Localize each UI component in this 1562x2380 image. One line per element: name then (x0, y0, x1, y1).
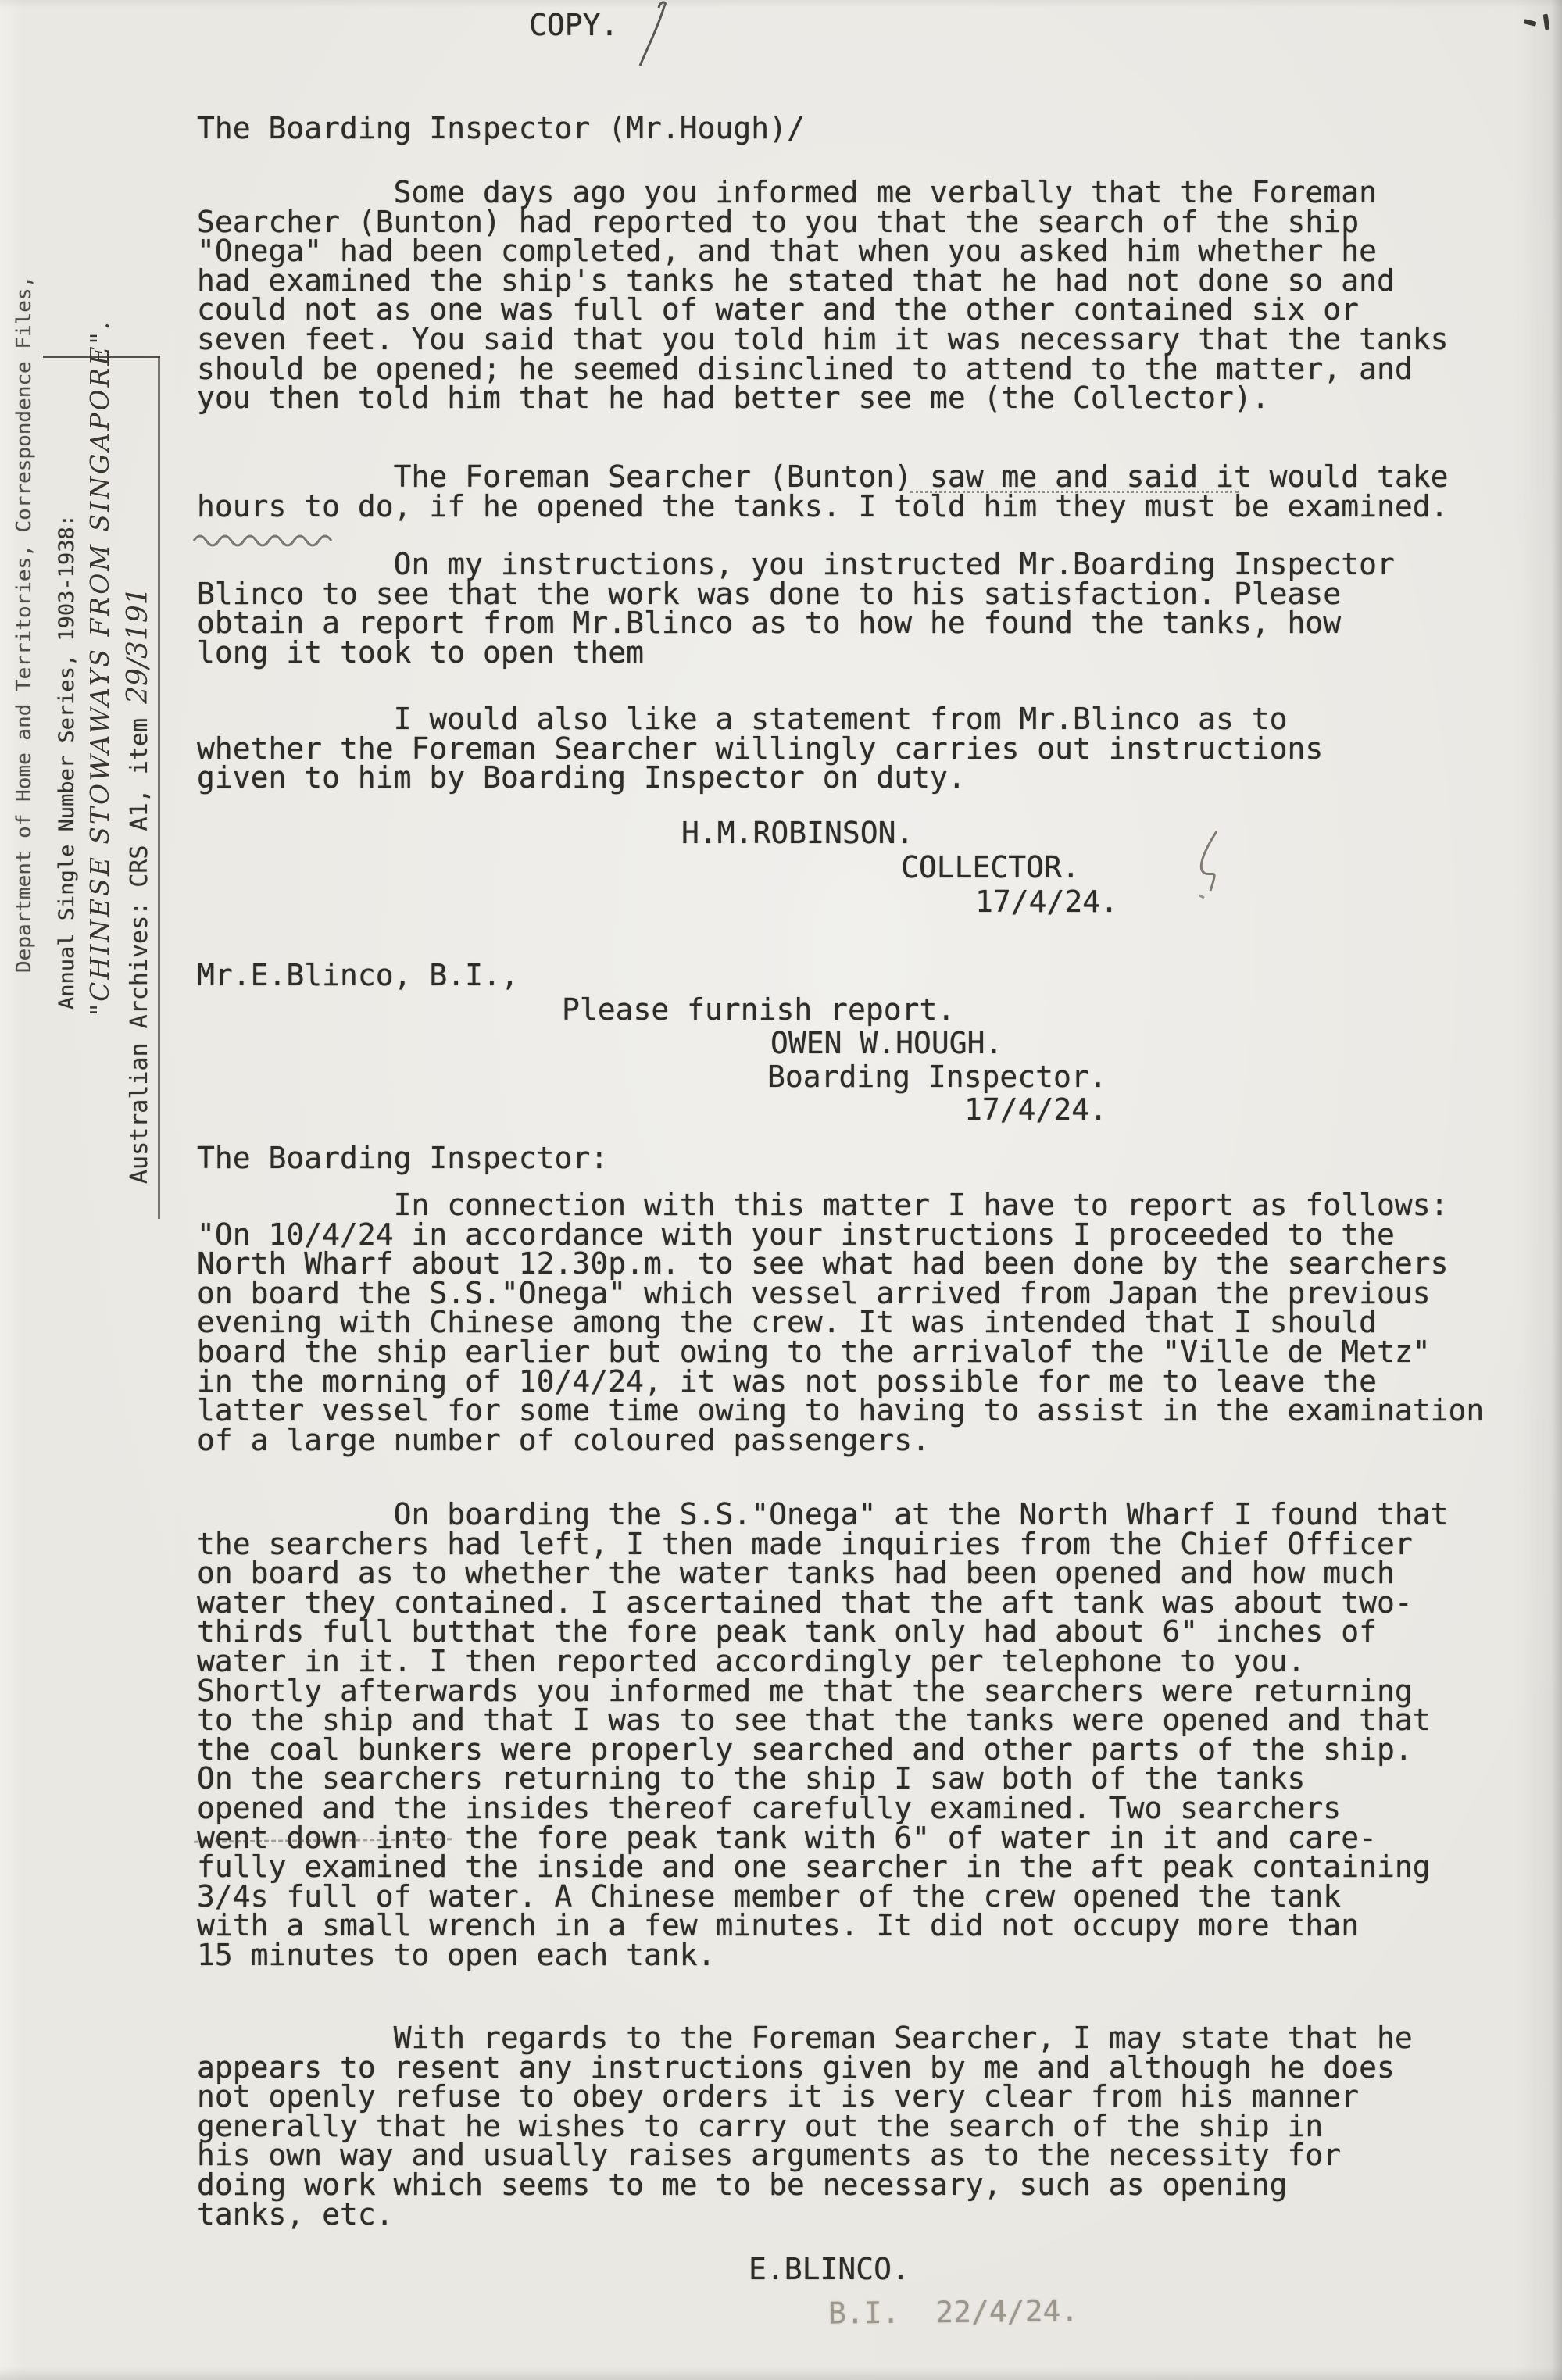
pencil-scribble (192, 528, 349, 549)
pencil-strike (194, 1816, 452, 1842)
text-line: doing work which seems to me to be neces… (197, 2171, 1413, 2200)
text-line: water they contained. I ascertained that… (197, 1588, 1448, 1618)
text-line: the coal bunkers were properly searched … (197, 1735, 1448, 1765)
forward-signature-date: 17/4/24. (964, 1095, 1107, 1125)
text-line: water in it. I then reported accordingly… (197, 1647, 1448, 1677)
text-line: On my instructions, you instructed Mr.Bo… (197, 550, 1395, 580)
text-line: I would also like a statement from Mr.Bl… (197, 705, 1323, 734)
text-line: generally that he wishes to carry out th… (197, 2112, 1413, 2142)
text-line: to the ship and that I was to see that t… (197, 1706, 1448, 1735)
text-line: evening with Chinese among the crew. It … (197, 1308, 1484, 1338)
text-line: the searchers had left, I then made inqu… (197, 1530, 1448, 1560)
text-line: long it took to open them (197, 638, 1395, 668)
sidebar-series-line-1: Department of Home and Territories, Corr… (13, 276, 36, 973)
report-paragraph-2: On boarding the S.S."Onega" at the North… (197, 1500, 1448, 1971)
text-line: On boarding the S.S."Onega" at the North… (197, 1500, 1448, 1530)
scan-speck (1524, 19, 1537, 27)
text-line: on board as to whether the water tanks h… (197, 1559, 1448, 1588)
forward-signature-title: Boarding Inspector. (767, 1063, 1107, 1092)
text-line: should be opened; he seemed disinclined … (197, 355, 1448, 384)
copy-label: COPY. (529, 11, 618, 41)
report-heading: The Boarding Inspector: (197, 1144, 608, 1174)
pencil-underline (910, 469, 1239, 493)
text-line: appears to resent any instructions given… (197, 2053, 1413, 2083)
margin-bracket-vertical (158, 356, 160, 1219)
text-line: tanks, etc. (197, 2200, 1413, 2230)
sidebar-series-line-2: Annual Single Number Series, 1903-1938: (55, 514, 79, 1010)
letter-paragraph-2: The Foreman Searcher (Bunton) saw me and… (197, 463, 1448, 521)
handwritten-check-mark (1184, 827, 1239, 901)
text-line: not openly refuse to obey orders it is v… (197, 2082, 1413, 2112)
text-line: given to him by Boarding Inspector on du… (197, 763, 1323, 793)
text-line: you then told him that he had better see… (197, 384, 1448, 413)
text-line: obtain a report from Mr.Blinco as to how… (197, 609, 1395, 638)
text-line: with a small wrench in a few minutes. It… (197, 1911, 1448, 1941)
letter-paragraph-3: On my instructions, you instructed Mr.Bo… (197, 550, 1395, 667)
forward-signature-name: OWEN W.HOUGH. (770, 1029, 1003, 1059)
handwritten-flourish (621, 0, 676, 74)
text-line: whether the Foreman Searcher willingly c… (197, 734, 1323, 764)
scan-speck (1543, 14, 1550, 30)
text-line: 15 minutes to open each tank. (197, 1941, 1448, 1971)
text-line: his own way and usually raises arguments… (197, 2141, 1413, 2171)
text-line: on board the S.S."Onega" which vessel ar… (197, 1279, 1484, 1309)
text-line: could not as one was full of water and t… (197, 295, 1448, 325)
text-line: "On 10/4/24 in accordance with your inst… (197, 1220, 1484, 1250)
text-line: North Wharf about 12.30p.m. to see what … (197, 1249, 1484, 1279)
forward-instruction: Please furnish report. (562, 995, 955, 1025)
report-signature: E.BLINCO. (749, 2255, 910, 2285)
addressee-line: The Boarding Inspector (Mr.Hough)/ (197, 114, 805, 144)
collector-signature-title: COLLECTOR. (901, 853, 1080, 883)
text-line: of a large number of coloured passengers… (197, 1426, 1484, 1456)
document-page: COPY. The Boarding Inspector (Mr.Hough)/… (0, 0, 1562, 2380)
text-line: In connection with this matter I have to… (197, 1191, 1484, 1220)
text-line: 3/4s full of water. A Chinese member of … (197, 1882, 1448, 1912)
letter-paragraph-1: Some days ago you informed me verbally t… (197, 178, 1448, 413)
collector-signature-name: H.M.ROBINSON. (681, 819, 913, 849)
text-line: thirds full butthat the fore peak tank o… (197, 1617, 1448, 1647)
sidebar-archive-reference-typed: Australian Archives: CRS A1, item (126, 704, 153, 1184)
text-line: On the searchers returning to the ship I… (197, 1764, 1448, 1794)
sidebar-archive-reference: Australian Archives: CRS A1, item 29/319… (122, 587, 154, 1184)
text-line: in the morning of 10/4/24, it was not po… (197, 1367, 1484, 1397)
text-line: had examined the ship's tanks he stated … (197, 266, 1448, 296)
text-line: latter vessel for some time owing to hav… (197, 1396, 1484, 1426)
date-stamp: B.I. 22/4/24. (828, 2296, 1079, 2328)
text-line: Searcher (Bunton) had reported to you th… (197, 208, 1448, 238)
text-line: seven feet. You said that you told him i… (197, 325, 1448, 355)
text-line: "Onega" had been completed, and that whe… (197, 237, 1448, 266)
text-line: Shortly afterwards you informed me that … (197, 1677, 1448, 1706)
text-line: The Foreman Searcher (Bunton) saw me and… (197, 463, 1448, 492)
forward-addressee: Mr.E.Blinco, B.I., (197, 961, 519, 991)
report-paragraph-1: In connection with this matter I have to… (197, 1191, 1484, 1455)
text-line: fully examined the inside and one search… (197, 1853, 1448, 1882)
report-paragraph-3: With regards to the Foreman Searcher, I … (197, 2024, 1413, 2229)
text-line: With regards to the Foreman Searcher, I … (197, 2024, 1413, 2053)
text-line: hours to do, if he opened the tanks. I t… (197, 492, 1448, 522)
text-line: board the ship earlier but owing to the … (197, 1338, 1484, 1367)
sidebar-archive-item-number: 29/3191 (122, 587, 154, 704)
text-line: Blinco to see that the work was done to … (197, 580, 1395, 609)
collector-signature-date: 17/4/24. (975, 888, 1118, 917)
text-line: Some days ago you informed me verbally t… (197, 178, 1448, 208)
sidebar-handwritten-title: "CHINESE STOWAWAYS FROM SINGAPORE". (84, 320, 115, 1016)
letter-paragraph-4: I would also like a statement from Mr.Bl… (197, 705, 1323, 793)
